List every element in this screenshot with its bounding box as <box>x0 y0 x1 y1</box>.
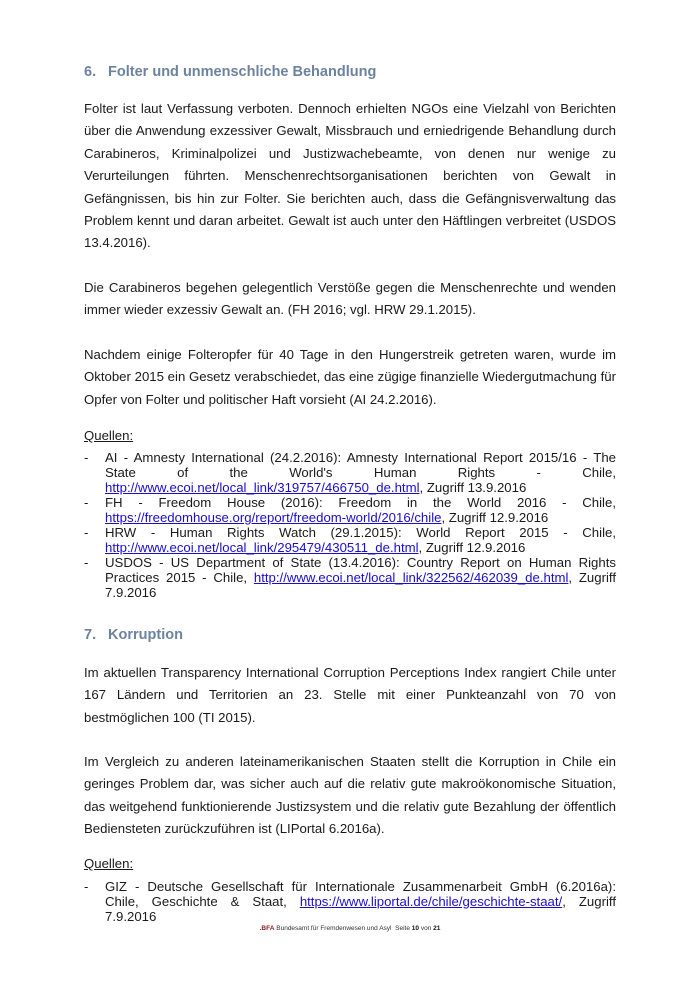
source-item: - USDOS - US Department of State (13.4.2… <box>84 555 616 600</box>
page-footer: .BFA Bundesamt für Fremdenwesen und Asyl… <box>0 925 700 932</box>
page-current: 10 <box>412 925 419 932</box>
document-page: 6. Folter und unmenschliche Behandlung F… <box>0 0 700 990</box>
sources-label: Quellen: <box>84 856 133 871</box>
section-number: 6. <box>84 64 104 80</box>
section-number: 7. <box>84 627 104 643</box>
source-item: - AI - Amnesty International (24.2.2016)… <box>84 450 616 495</box>
page-total: 21 <box>433 925 440 932</box>
source-link[interactable]: http://www.ecoi.net/local_link/295479/43… <box>105 540 419 555</box>
section-heading-torture: 6. Folter und unmenschliche Behandlung <box>84 64 376 80</box>
agency-name: Bundesamt für Fremdenwesen und Asyl <box>276 925 391 932</box>
sources-list: - GIZ - Deutsche Gesellschaft für Intern… <box>84 879 616 924</box>
section-title: Folter und unmenschliche Behandlung <box>108 64 376 80</box>
sources-list: - AI - Amnesty International (24.2.2016)… <box>84 450 616 600</box>
sources-label: Quellen: <box>84 428 133 443</box>
paragraph: Im Vergleich zu anderen lateinamerikanis… <box>84 751 616 841</box>
source-item: - HRW - Human Rights Watch (29.1.2015): … <box>84 525 616 555</box>
page-label: Seite <box>395 925 410 932</box>
paragraph: Nachdem einige Folteropfer für 40 Tage i… <box>84 344 616 411</box>
source-link[interactable]: http://www.ecoi.net/local_link/319757/46… <box>105 480 420 495</box>
bfa-logo: .BFA <box>260 925 275 932</box>
section-heading-corruption: 7. Korruption <box>84 627 183 643</box>
source-link[interactable]: https://www.liportal.de/chile/geschichte… <box>300 894 562 909</box>
source-access-date: , Zugriff 12.9.2016 <box>441 510 548 525</box>
source-text: HRW - Human Rights Watch (29.1.2015): Wo… <box>105 525 616 540</box>
list-bullet: - <box>84 495 88 510</box>
section-title: Korruption <box>108 627 183 643</box>
source-access-date: , Zugriff 12.9.2016 <box>419 540 526 555</box>
source-link[interactable]: https://freedomhouse.org/report/freedom-… <box>105 510 441 525</box>
source-link[interactable]: http://www.ecoi.net/local_link/322562/46… <box>254 570 569 585</box>
list-bullet: - <box>84 555 88 570</box>
paragraph: Die Carabineros begehen gelegentlich Ver… <box>84 277 616 322</box>
page-of: von <box>421 925 431 932</box>
source-text: AI - Amnesty International (24.2.2016): … <box>105 450 616 480</box>
paragraph: Im aktuellen Transparency International … <box>84 662 616 729</box>
list-bullet: - <box>84 879 88 894</box>
list-bullet: - <box>84 450 88 465</box>
source-access-date: , Zugriff 13.9.2016 <box>420 480 527 495</box>
paragraph: Folter ist laut Verfassung verboten. Den… <box>84 98 616 255</box>
source-item: - FH - Freedom House (2016): Freedom in … <box>84 495 616 525</box>
source-text: FH - Freedom House (2016): Freedom in th… <box>105 495 616 510</box>
list-bullet: - <box>84 525 88 540</box>
source-item: - GIZ - Deutsche Gesellschaft für Intern… <box>84 879 616 924</box>
